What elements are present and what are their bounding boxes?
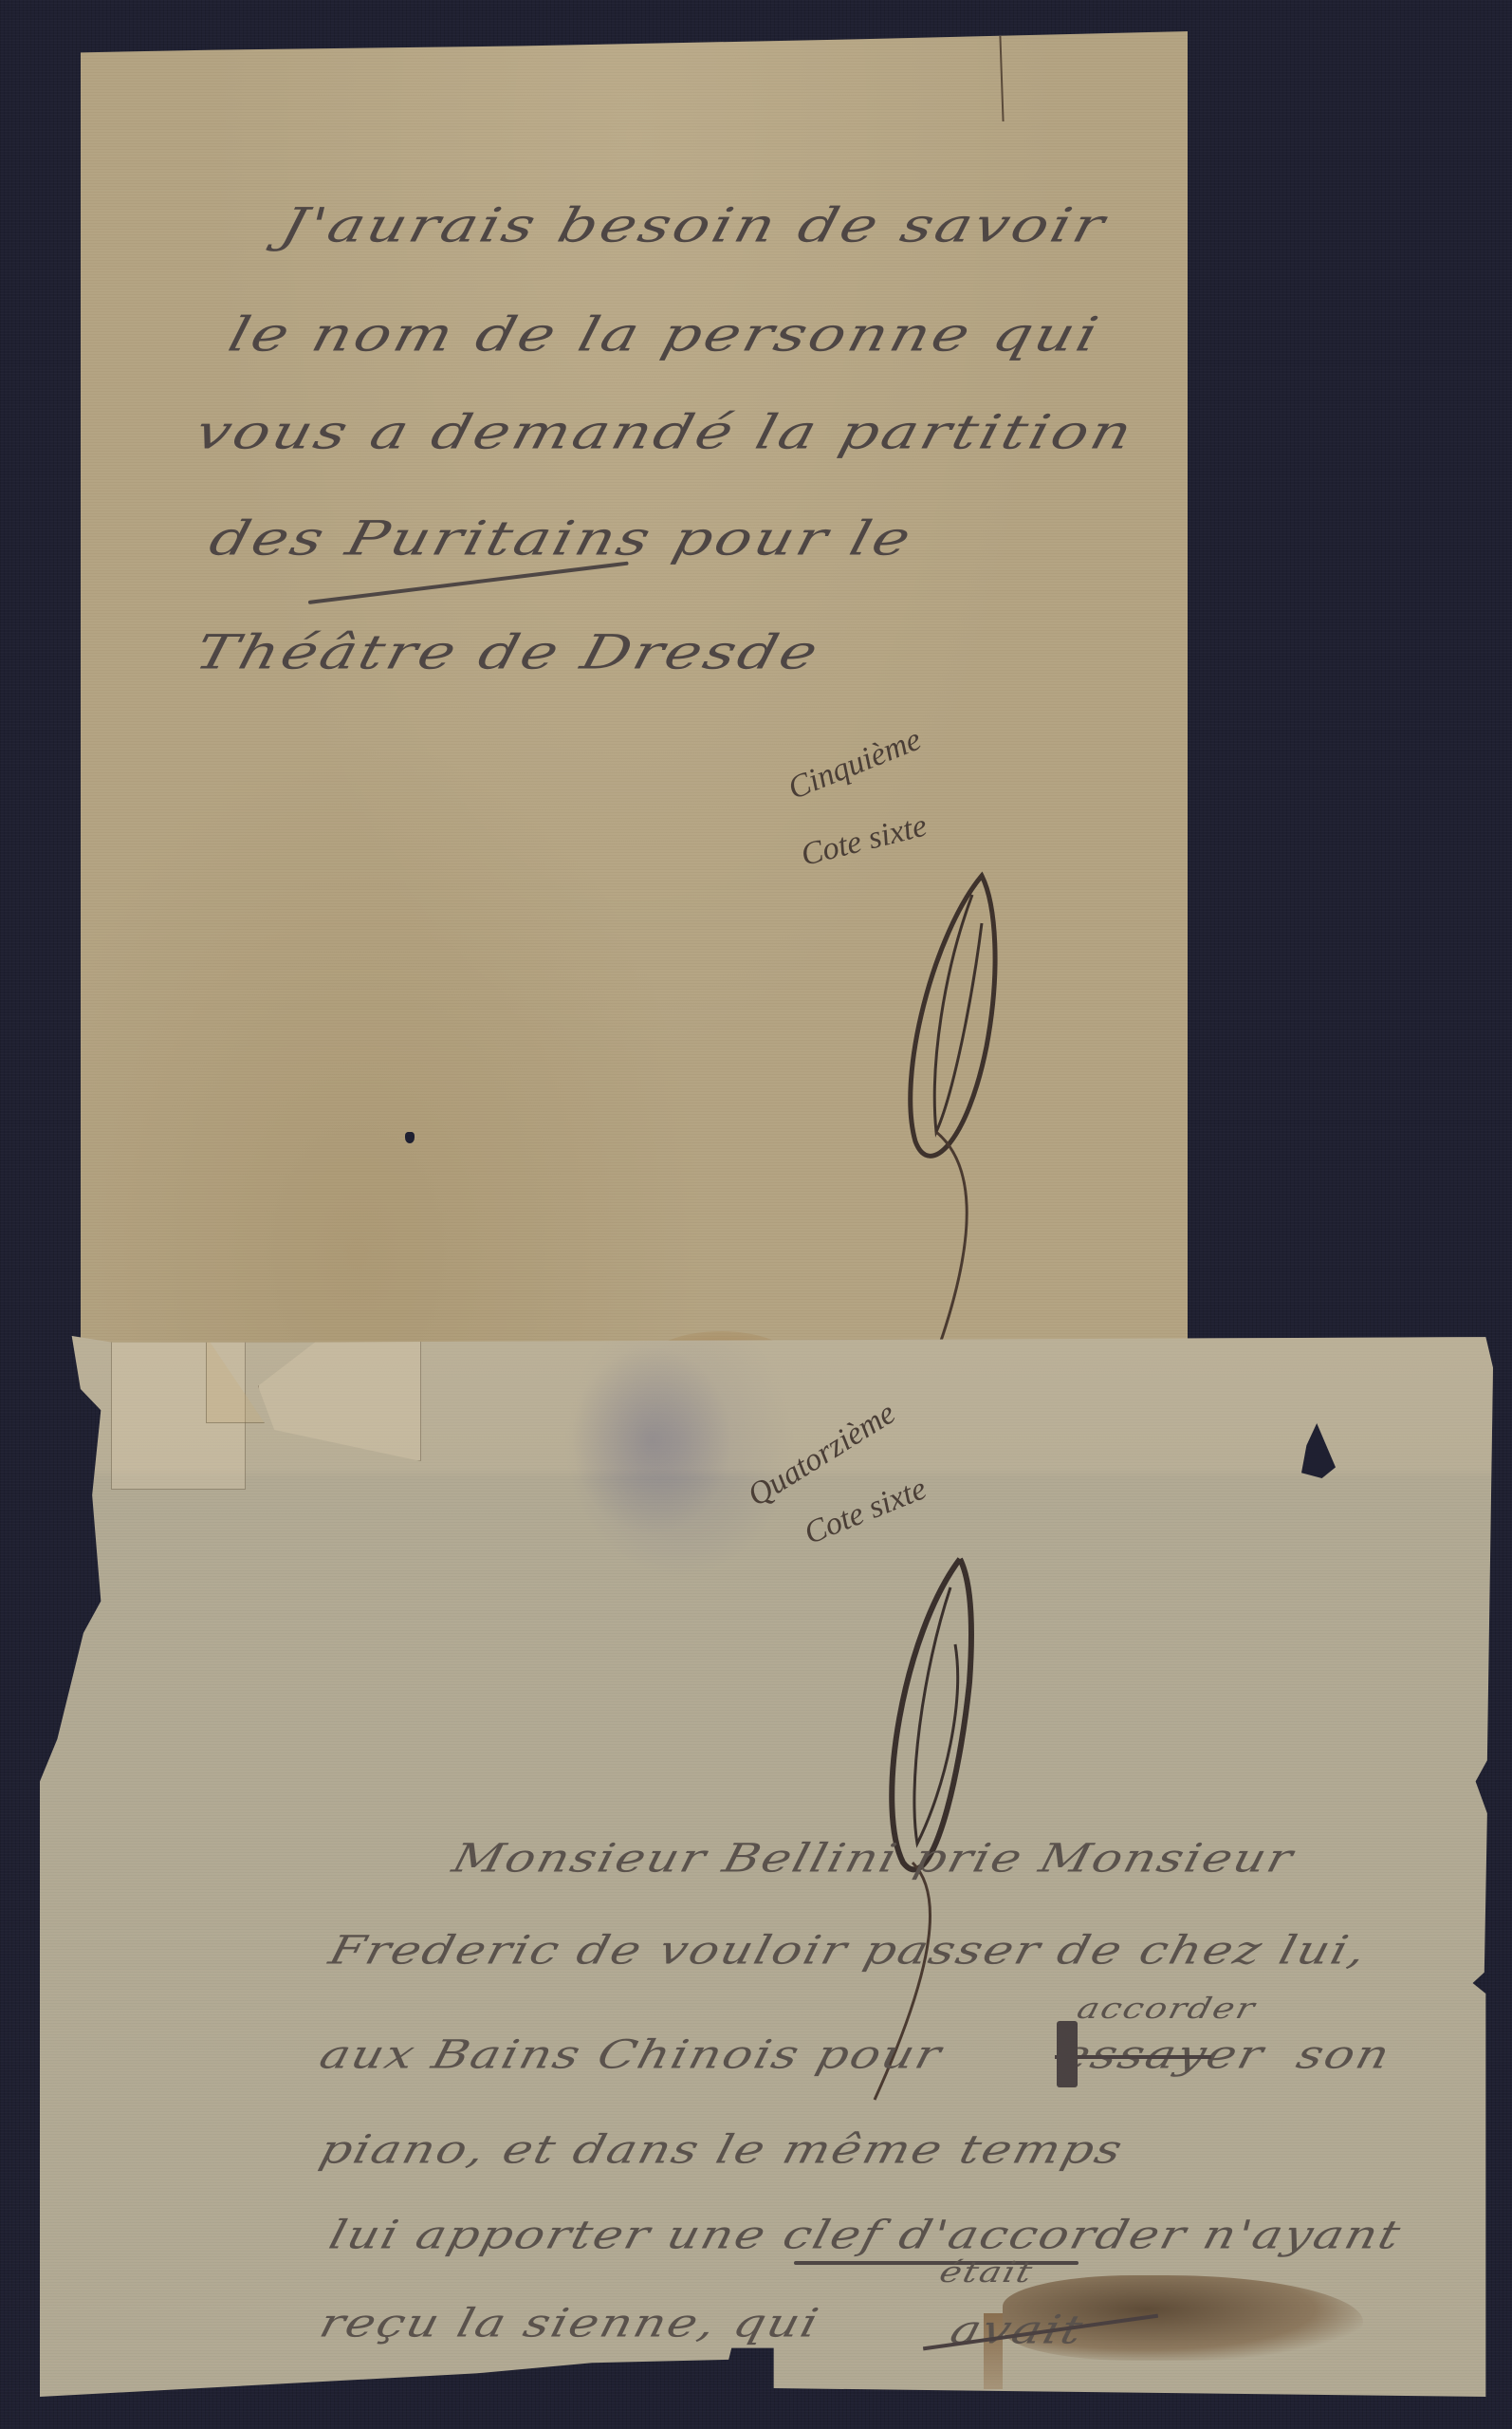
upper-letter-sheet: J'aurais besoin de savoir le nom de la p… bbox=[81, 31, 1188, 1360]
note-line-6: reçu la sienne, qui bbox=[315, 2301, 824, 2346]
fold-mark bbox=[999, 36, 1004, 121]
paraph-flourish-icon bbox=[856, 1540, 1007, 2109]
letter-line-5: Théâtre de Dresde bbox=[190, 625, 826, 680]
insertion-accorder: accorder bbox=[1074, 1992, 1260, 2025]
note-line-5: lui apporter une clef d'accorder n'ayant bbox=[324, 2213, 1407, 2258]
note-line-2: Frederic de vouloir passer de chez lui, bbox=[324, 1928, 1373, 1974]
note-line-3: aux Bains Chinois pour bbox=[315, 2032, 947, 2078]
note-line-3-end: son bbox=[1292, 2032, 1395, 2078]
paper-hole bbox=[1301, 1423, 1336, 1478]
dark-mount-background: J'aurais besoin de savoir le nom de la p… bbox=[0, 0, 1512, 2429]
letter-line-3: vous a demandé la partition bbox=[190, 405, 1140, 460]
archival-note-ordinal: Cinquième bbox=[784, 722, 927, 807]
strikethrough bbox=[1055, 2055, 1211, 2059]
note-line-1: Monsieur Bellini prie Monsieur bbox=[448, 1836, 1299, 1882]
paraph-flourish-icon bbox=[877, 857, 1029, 1369]
underline-puritains bbox=[308, 562, 629, 604]
ink-smudge bbox=[1057, 2021, 1078, 2087]
repair-tape bbox=[258, 1336, 421, 1461]
underline-clef bbox=[794, 2261, 1079, 2265]
ink-offset-stain bbox=[571, 1345, 732, 1535]
letter-line-1: J'aurais besoin de savoir bbox=[275, 198, 1113, 253]
insertion-etait: était bbox=[936, 2255, 1038, 2289]
note-line-4: piano, et dans le même temps bbox=[315, 2127, 1129, 2173]
paper-hole bbox=[405, 1132, 415, 1143]
letter-line-2: le nom de la personne qui bbox=[223, 307, 1106, 362]
letter-line-4: des Puritains pour le bbox=[204, 511, 919, 566]
lower-letter-sheet: Quatorzième Cote sixte Monsieur Bellini … bbox=[40, 1336, 1493, 2397]
